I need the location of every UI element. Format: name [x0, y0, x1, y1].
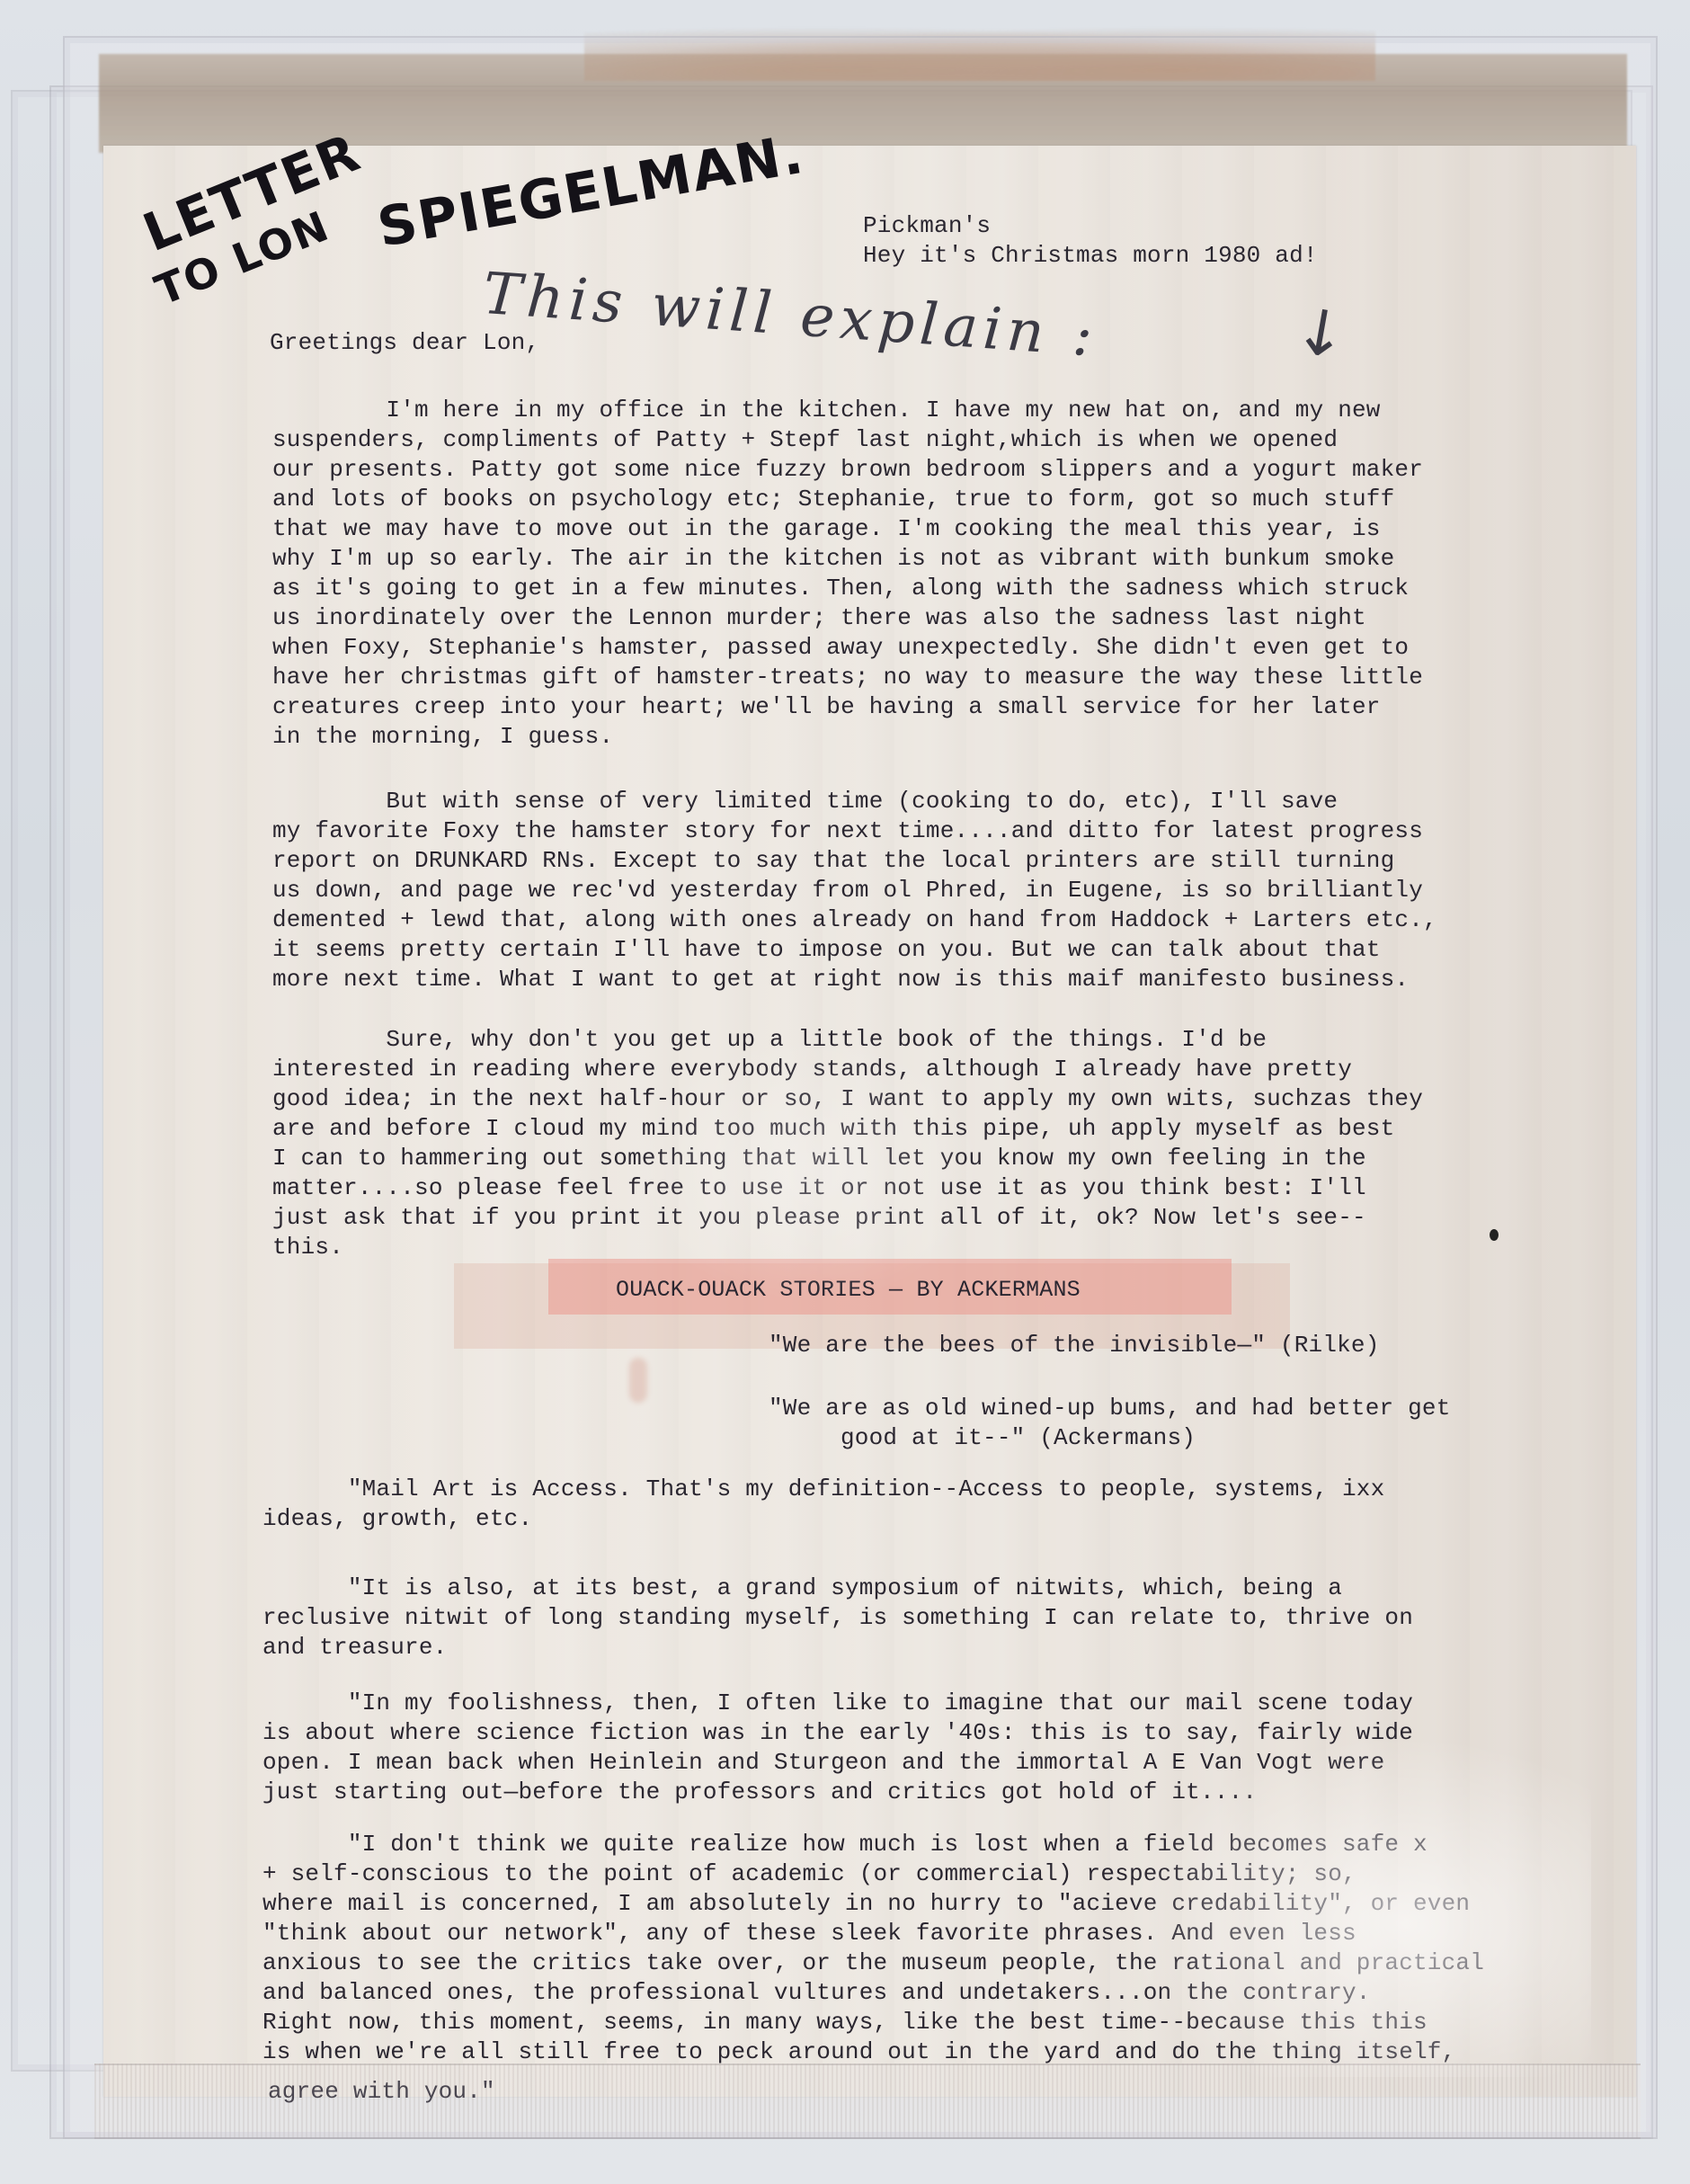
text-line: when Foxy, Stephanie's hamster, passed a…: [272, 633, 1423, 663]
epigraph-quote-cont: good at it--" (Ackermans): [769, 1423, 1451, 1453]
greeting: Greetings dear Lon,: [270, 328, 539, 358]
text-line: matter....so please feel free to use it …: [272, 1173, 1423, 1203]
text-line: + self-conscious to the point of academi…: [262, 1859, 1484, 1889]
text-line: "think about our network", any of these …: [262, 1919, 1484, 1948]
epigraph-attribution: (Rilke): [1280, 1332, 1380, 1359]
text-line: "In my foolishness, then, I often like t…: [262, 1689, 1413, 1718]
text-line: and treasure.: [262, 1633, 1413, 1663]
text-line: report on DRUNKARD RNs. Except to say th…: [272, 846, 1437, 876]
text-line: "Mail Art is Access. That's my definitio…: [262, 1475, 1384, 1504]
text-line: more next time. What I want to get at ri…: [272, 965, 1437, 994]
text-line: us down, and page we rec'vd yesterday fr…: [272, 876, 1437, 905]
text-line: anxious to see the critics take over, or…: [262, 1948, 1484, 1978]
text-line: Right now, this moment, seems, in many w…: [262, 2008, 1484, 2037]
text-line: demented + lewd that, along with ones al…: [272, 905, 1437, 935]
epigraph-quote: "We are the bees of the invisible—": [769, 1332, 1266, 1359]
text-line: have her christmas gift of hamster-treat…: [272, 663, 1423, 692]
text-line: just ask that if you print it you please…: [272, 1203, 1423, 1233]
text-line: and lots of books on psychology etc; Ste…: [272, 485, 1423, 514]
text-line: us inordinately over the Lennon murder; …: [272, 603, 1423, 633]
text-line: I'm here in my office in the kitchen. I …: [272, 396, 1423, 425]
text-line: But with sense of very limited time (coo…: [272, 787, 1437, 816]
text-line: is about where science fiction was in th…: [262, 1718, 1413, 1748]
text-line: reclusive nitwit of long standing myself…: [262, 1603, 1413, 1633]
epigraph-rilke: "We are the bees of the invisible—" (Ril…: [769, 1331, 1380, 1360]
paragraph-1: I'm here in my office in the kitchen. I …: [272, 396, 1423, 752]
text-line: ideas, growth, etc.: [262, 1504, 1384, 1534]
text-line: our presents. Patty got some nice fuzzy …: [272, 455, 1423, 485]
epigraph-quote: "We are as old wined-up bums, and had be…: [769, 1394, 1451, 1423]
text-line: my favorite Foxy the hamster story for n…: [272, 816, 1437, 846]
text-line: I can to hammering out something that wi…: [272, 1144, 1423, 1173]
text-line: and balanced ones, the professional vult…: [262, 1978, 1484, 2008]
manifesto-3: "In my foolishness, then, I often like t…: [262, 1689, 1413, 1807]
text-line: suspenders, compliments of Patty + Stepf…: [272, 425, 1423, 455]
text-line: that we may have to move out in the gara…: [272, 514, 1423, 544]
epigraph-attribution: (Ackermans): [1039, 1424, 1196, 1451]
text-line: is when we're all still free to peck aro…: [262, 2037, 1484, 2067]
text-line: are and before I cloud my mind too much …: [272, 1114, 1423, 1144]
manifesto-4: "I don't think we quite realize how much…: [262, 1830, 1484, 2067]
text-line: Sure, why don't you get up a little book…: [272, 1025, 1423, 1055]
epigraph-quote-2: good at it--": [841, 1424, 1025, 1451]
text-line: why I'm up so early. The air in the kitc…: [272, 544, 1423, 574]
footer-fragment: agree with you.": [268, 2077, 495, 2107]
taped-title: OUACK-OUACK STORIES — BY ACKERMANS: [616, 1275, 1081, 1305]
paragraph-2: But with sense of very limited time (coo…: [272, 787, 1437, 994]
manifesto-2: "It is also, at its best, a grand sympos…: [262, 1573, 1413, 1663]
text-line: open. I mean back when Heinlein and Stur…: [262, 1748, 1413, 1778]
text-line: where mail is concerned, I am absolutely…: [262, 1889, 1484, 1919]
letter-heading: Pickman'sHey it's Christmas morn 1980 ad…: [863, 211, 1318, 271]
text-line: good idea; in the next half-hour or so, …: [272, 1084, 1423, 1114]
paragraph-3: Sure, why don't you get up a little book…: [272, 1025, 1423, 1262]
heading-date: Hey it's Christmas morn 1980 ad!: [863, 241, 1318, 271]
manifesto-1: "Mail Art is Access. That's my definitio…: [262, 1475, 1384, 1534]
text-line: just starting out—before the professors …: [262, 1778, 1413, 1807]
heading-location: Pickman's: [863, 211, 1318, 241]
text-line: as it's going to get in a few minutes. T…: [272, 574, 1423, 603]
text-line: it seems pretty certain I'll have to imp…: [272, 935, 1437, 965]
text-line: interested in reading where everybody st…: [272, 1055, 1423, 1084]
text-line: "I don't think we quite realize how much…: [262, 1830, 1484, 1859]
text-line: creatures creep into your heart; we'll b…: [272, 692, 1423, 722]
rust-stain: [629, 1358, 647, 1403]
ink-blot: [1490, 1229, 1499, 1241]
text-line: in the morning, I guess.: [272, 722, 1423, 752]
text-line: "It is also, at its best, a grand sympos…: [262, 1573, 1413, 1603]
epigraph-ackermans: "We are as old wined-up bums, and had be…: [769, 1394, 1451, 1453]
